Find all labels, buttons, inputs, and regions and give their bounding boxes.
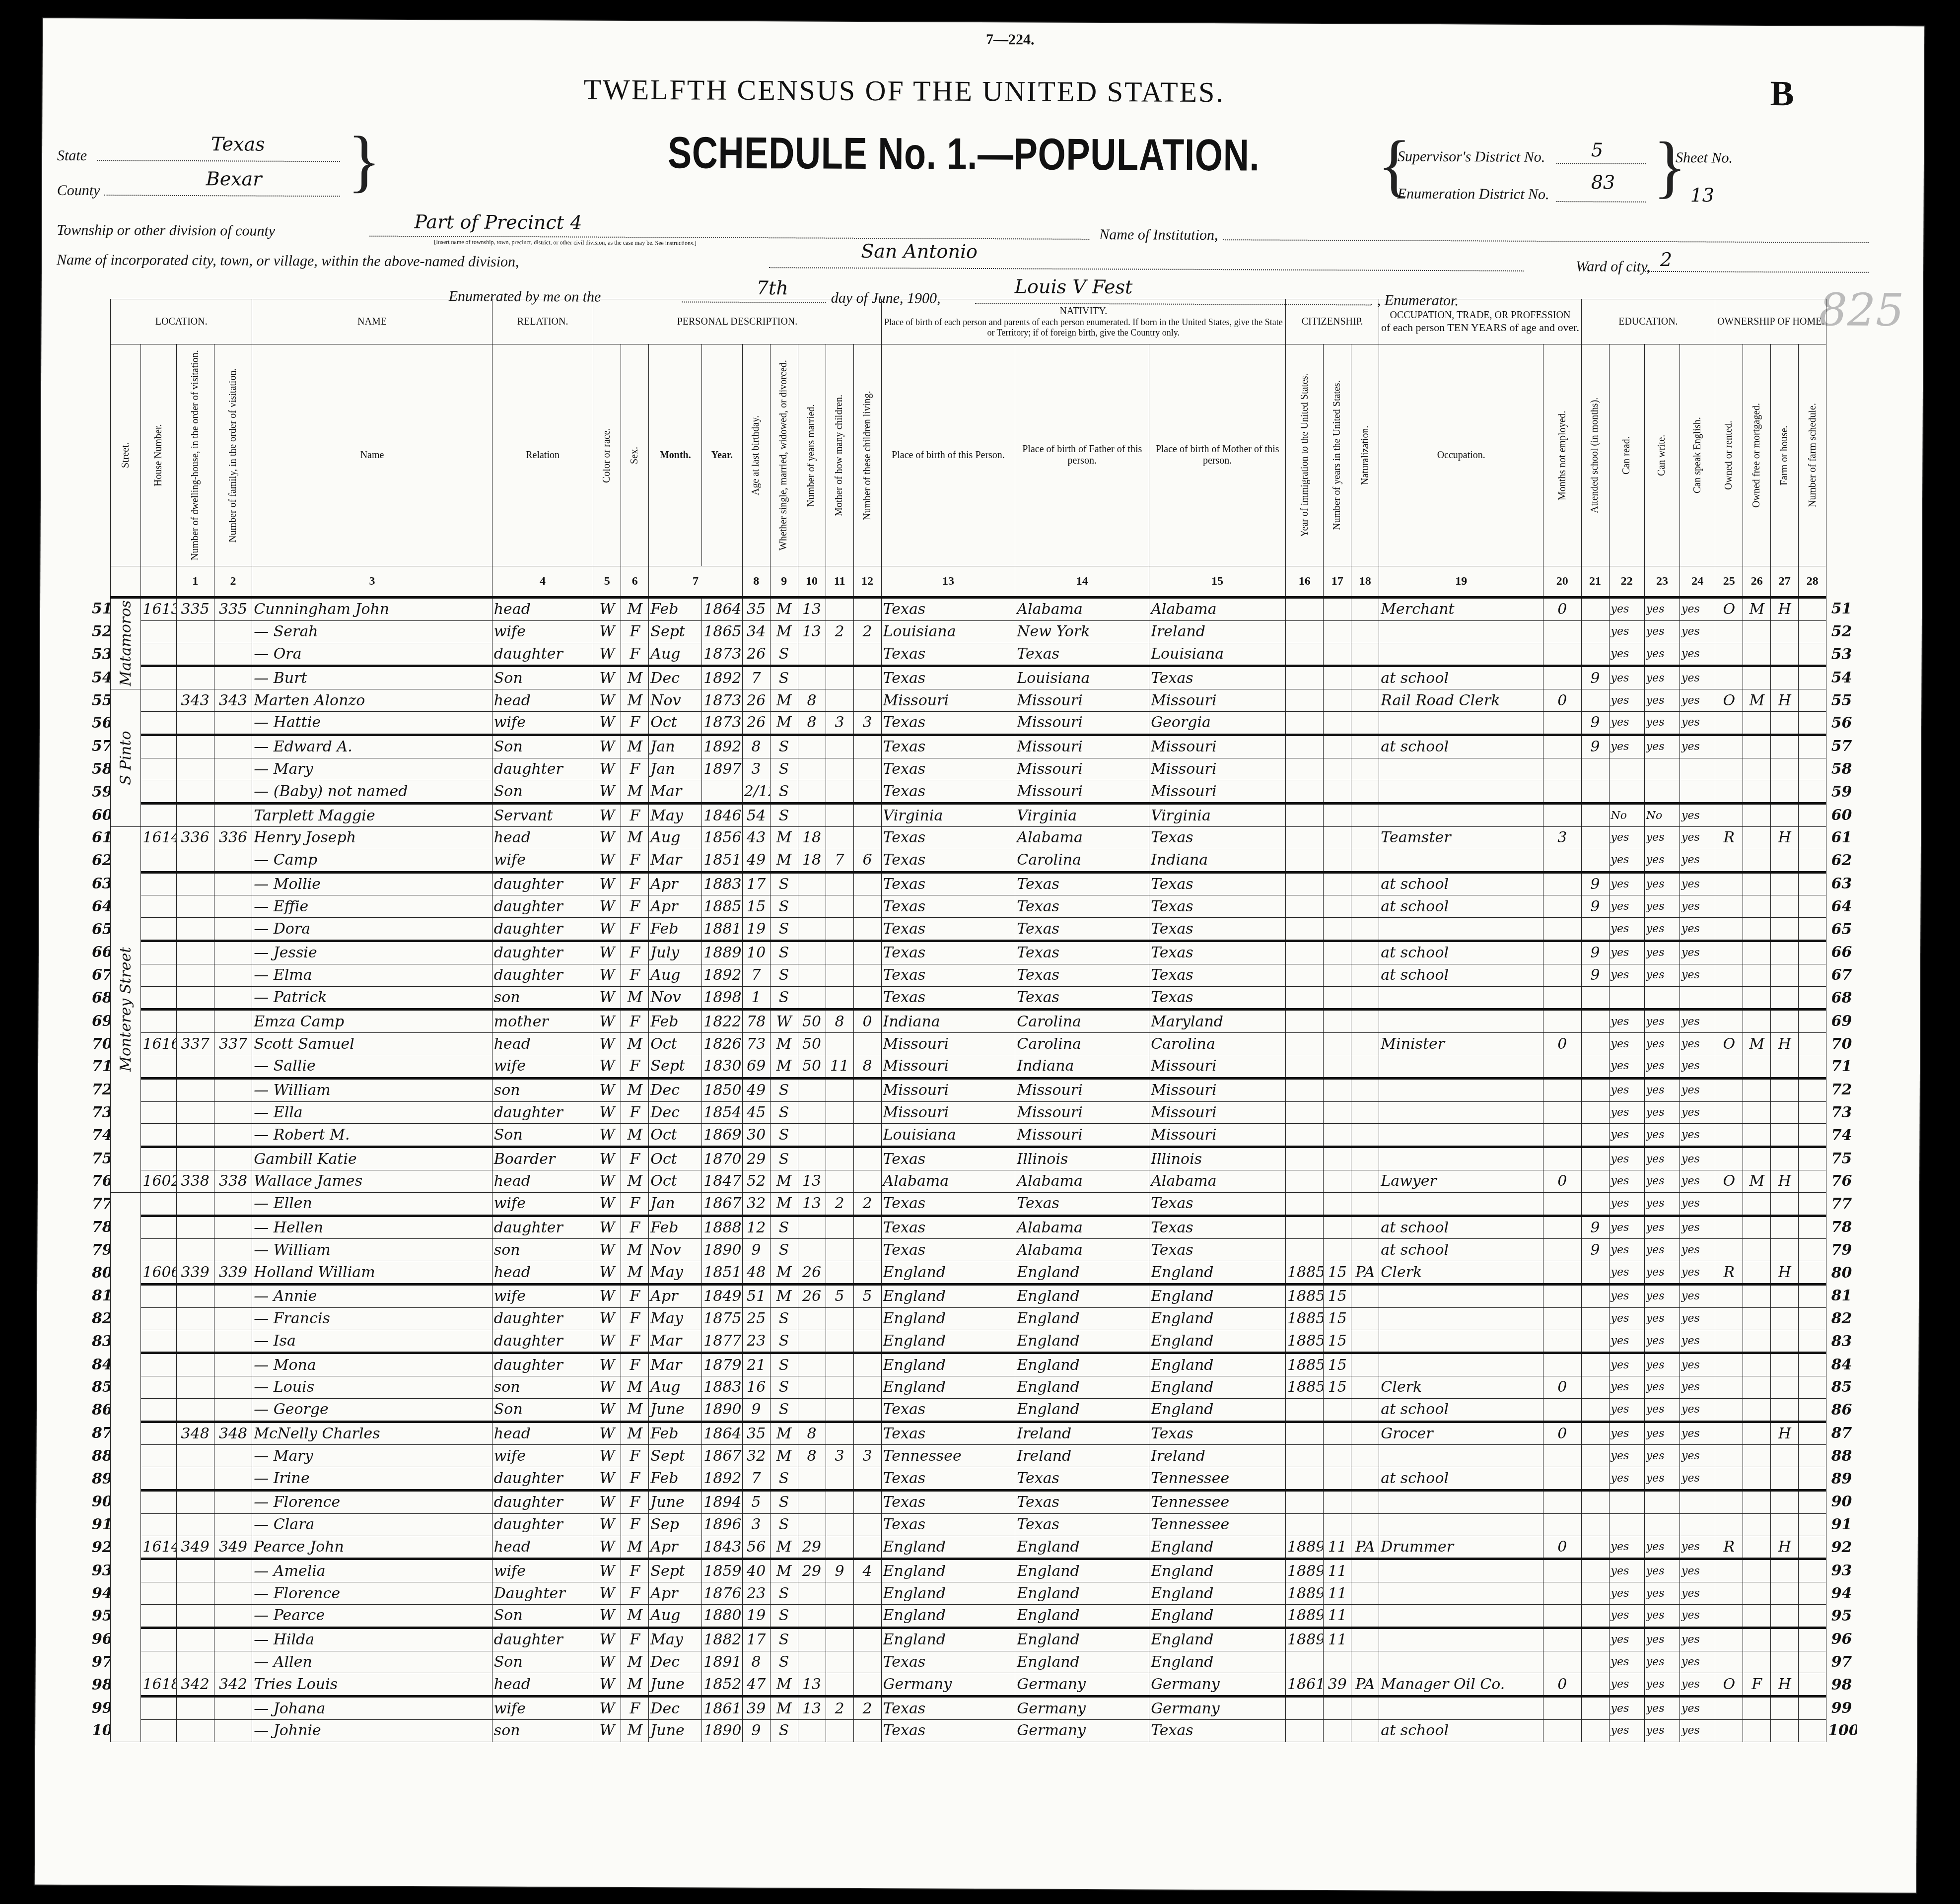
cell-yrs: 15	[1324, 1261, 1351, 1285]
cell-age: 23	[742, 1582, 770, 1605]
cell-fh	[1771, 1491, 1799, 1514]
cell-eng: yes	[1680, 1651, 1715, 1673]
cell-month: Mar	[649, 849, 702, 872]
cell-ym: 26	[798, 1261, 826, 1285]
cell-name: — Isa	[252, 1330, 492, 1353]
cell-fh	[1771, 1398, 1799, 1422]
cell-yrs: 15	[1324, 1284, 1351, 1307]
cell-ym	[798, 895, 826, 918]
cell-fpob: Alabama	[1015, 598, 1149, 621]
cell-rel: daughter	[492, 1491, 593, 1514]
cell-yrs	[1324, 872, 1351, 895]
cell-rel: son	[492, 1078, 593, 1101]
line-number: 97	[90, 1651, 111, 1673]
cell-farm	[1799, 1445, 1826, 1467]
cell-race: W	[593, 1536, 621, 1559]
cell-dwelling	[176, 1491, 214, 1514]
cell-mne: 0	[1543, 1376, 1581, 1399]
census-row: 73— ElladaughterWFDec185445SMissouriMiss…	[90, 1101, 1857, 1124]
cell-family	[214, 895, 252, 918]
line-number-right: 53	[1826, 643, 1857, 666]
cell-read: yes	[1609, 1055, 1644, 1078]
cell-farm	[1799, 1628, 1826, 1651]
cell-ym	[798, 804, 826, 827]
cell-imm	[1286, 872, 1324, 895]
cell-nat	[1351, 1467, 1379, 1491]
cell-write: yes	[1644, 895, 1680, 918]
cell-occ	[1379, 1284, 1543, 1307]
cell-sex: F	[621, 1147, 649, 1170]
cell-dwelling: 348	[176, 1422, 214, 1445]
cell-cl: 3	[853, 1445, 881, 1467]
sheet-letter: B	[1770, 73, 1794, 114]
cell-own	[1715, 643, 1743, 666]
cell-age: 48	[742, 1261, 770, 1285]
line-number-right: 57	[1826, 735, 1857, 758]
cell-read: yes	[1609, 1376, 1644, 1399]
cell-yrs	[1324, 964, 1351, 986]
cell-yrs	[1324, 598, 1351, 621]
cell-house	[141, 1720, 176, 1742]
cell-school: 9	[1581, 872, 1609, 895]
cell-mort	[1743, 1582, 1771, 1605]
cell-house	[141, 941, 176, 964]
cell-month: Sept	[649, 1445, 702, 1467]
cell-write: yes	[1644, 1467, 1680, 1491]
cell-eng: yes	[1680, 1445, 1715, 1467]
cell-family	[214, 1651, 252, 1673]
column-number: 26	[1743, 566, 1771, 598]
cell-write: yes	[1644, 872, 1680, 895]
cell-nat	[1351, 1697, 1379, 1720]
cell-mc	[826, 804, 853, 827]
cell-ym	[798, 872, 826, 895]
census-row: 65— DoradaughterWFFeb188119STexasTexasTe…	[90, 918, 1857, 941]
census-row: 94— FlorenceDaughterWFApr187623SEnglandE…	[90, 1582, 1857, 1605]
cell-mne	[1543, 1101, 1581, 1124]
cell-fpob: Alabama	[1015, 1239, 1149, 1261]
cell-mc	[826, 643, 853, 666]
cell-family	[214, 1192, 252, 1216]
cell-eng: yes	[1680, 1216, 1715, 1239]
cell-name: — William	[252, 1078, 492, 1101]
cell-mne	[1543, 1582, 1581, 1605]
supervisor-value: 5	[1591, 139, 1603, 161]
cell-race: W	[593, 780, 621, 804]
cell-mc	[826, 872, 853, 895]
column-header-24: Can speak English.	[1680, 344, 1715, 566]
cell-read: yes	[1609, 826, 1644, 849]
cell-house	[141, 1124, 176, 1147]
cell-dwelling	[176, 918, 214, 941]
cell-fh: H	[1771, 598, 1799, 621]
cell-month: Sep	[649, 1513, 702, 1536]
cell-mpob: England	[1149, 1582, 1286, 1605]
cell-yrs: 11	[1324, 1536, 1351, 1559]
cell-year: 1883	[702, 1376, 742, 1399]
schedule-title: SCHEDULE No. 1.—POPULATION.	[668, 128, 1260, 181]
cell-year: 1873	[702, 689, 742, 712]
cell-rel: wife	[492, 711, 593, 735]
cell-mort	[1743, 735, 1771, 758]
cell-year: 1846	[702, 804, 742, 827]
cell-pob: Texas	[881, 598, 1015, 621]
cell-yrs	[1324, 1101, 1351, 1124]
cell-mort	[1743, 941, 1771, 964]
cell-mpob: Missouri	[1149, 1124, 1286, 1147]
cell-fpob: Texas	[1015, 986, 1149, 1010]
cell-pob: Louisiana	[881, 620, 1015, 643]
cell-year: 1867	[702, 1192, 742, 1216]
cell-nat	[1351, 895, 1379, 918]
cell-family: 349	[214, 1536, 252, 1559]
cell-farm	[1799, 1216, 1826, 1239]
line-number: 90	[90, 1491, 111, 1514]
cell-name: — Sallie	[252, 1055, 492, 1078]
cell-sex: F	[621, 1513, 649, 1536]
cell-mne	[1543, 758, 1581, 780]
cell-sex: M	[621, 1536, 649, 1559]
cell-sex: M	[621, 1398, 649, 1422]
cell-fpob: Carolina	[1015, 1010, 1149, 1033]
cell-rel: Boarder	[492, 1147, 593, 1170]
cell-pob: England	[881, 1559, 1015, 1582]
cell-mpob: Texas	[1149, 1239, 1286, 1261]
cell-year: 1881	[702, 918, 742, 941]
cell-yrs: 11	[1324, 1582, 1351, 1605]
cell-mc	[826, 1147, 853, 1170]
cell-family: 343	[214, 689, 252, 712]
cell-school: 9	[1581, 941, 1609, 964]
line-number: 70	[90, 1033, 111, 1055]
column-header-25: Owned or rented.	[1715, 344, 1743, 566]
census-title: TWELFTH CENSUS OF THE UNITED STATES.	[583, 73, 1225, 109]
cell-farm	[1799, 1536, 1826, 1559]
cell-nat	[1351, 826, 1379, 849]
cell-fpob: England	[1015, 1628, 1149, 1651]
cell-month: Apr	[649, 872, 702, 895]
cell-farm	[1799, 1559, 1826, 1582]
cell-name: — Burt	[252, 666, 492, 689]
cell-race: W	[593, 1170, 621, 1192]
group-relation: RELATION.	[492, 299, 593, 344]
cell-house: 1606	[141, 1261, 176, 1285]
cell-mpob: England	[1149, 1307, 1286, 1330]
cell-age: 29	[742, 1147, 770, 1170]
cell-farm	[1799, 1491, 1826, 1514]
cell-write: yes	[1644, 1124, 1680, 1147]
cell-ym: 8	[798, 1445, 826, 1467]
cell-mort	[1743, 1078, 1771, 1101]
column-number: 6	[621, 566, 649, 598]
cell-own	[1715, 1330, 1743, 1353]
cell-name: — William	[252, 1239, 492, 1261]
cell-fpob: Illinois	[1015, 1147, 1149, 1170]
cell-own	[1715, 895, 1743, 918]
cell-imm	[1286, 1720, 1324, 1742]
cell-write: No	[1644, 804, 1680, 827]
cell-rel: daughter	[492, 758, 593, 780]
cell-ym: 13	[798, 1192, 826, 1216]
cell-mc	[826, 1101, 853, 1124]
cell-fpob: Alabama	[1015, 826, 1149, 849]
cell-sex: F	[621, 1101, 649, 1124]
line-number-right: 95	[1826, 1605, 1857, 1628]
cell-school	[1581, 1491, 1609, 1514]
cell-own	[1715, 941, 1743, 964]
cell-farm	[1799, 1010, 1826, 1033]
cell-dwelling: 335	[176, 598, 214, 621]
cell-own	[1715, 964, 1743, 986]
cell-cl	[853, 643, 881, 666]
cell-mne	[1543, 711, 1581, 735]
line-number: 51	[90, 598, 111, 621]
cell-mort	[1743, 1192, 1771, 1216]
cell-race: W	[593, 1582, 621, 1605]
cell-name: — Clara	[252, 1513, 492, 1536]
line-number-right: 64	[1826, 895, 1857, 918]
cell-marital: S	[770, 941, 798, 964]
line-number: 87	[90, 1422, 111, 1445]
cell-age: 69	[742, 1055, 770, 1078]
column-number: 10	[798, 566, 826, 598]
cell-dwelling	[176, 758, 214, 780]
cell-dwelling	[176, 1307, 214, 1330]
cell-write: yes	[1644, 1628, 1680, 1651]
cell-farm	[1799, 1605, 1826, 1628]
cell-mpob: Georgia	[1149, 711, 1286, 735]
cell-nat	[1351, 1078, 1379, 1101]
cell-mne	[1543, 1010, 1581, 1033]
cell-house	[141, 1422, 176, 1445]
cell-mc: 11	[826, 1055, 853, 1078]
cell-read: yes	[1609, 1445, 1644, 1467]
cell-fh	[1771, 1284, 1799, 1307]
cell-dwelling	[176, 1559, 214, 1582]
line-number: 57	[90, 735, 111, 758]
line-number-right: 85	[1826, 1376, 1857, 1399]
cell-race: W	[593, 1033, 621, 1055]
cell-pob: Missouri	[881, 1033, 1015, 1055]
cell-year: 1859	[702, 1559, 742, 1582]
cell-house	[141, 711, 176, 735]
cell-race: W	[593, 1422, 621, 1445]
census-row: 921614349349Pearce JohnheadWMApr184356M2…	[90, 1536, 1857, 1559]
cell-mpob: Indiana	[1149, 849, 1286, 872]
cell-cl	[853, 941, 881, 964]
cell-farm	[1799, 964, 1826, 986]
cell-write: yes	[1644, 735, 1680, 758]
column-header-14: Place of birth of Father of this person.	[1015, 344, 1149, 566]
cell-sex: M	[621, 735, 649, 758]
cell-mpob: Tennessee	[1149, 1467, 1286, 1491]
line-number-right: 71	[1826, 1055, 1857, 1078]
census-row: 85— LouissonWMAug188316SEnglandEnglandEn…	[90, 1376, 1857, 1399]
census-row: 62— CampwifeWFMar185149M1876TexasCarolin…	[90, 849, 1857, 872]
cell-race: W	[593, 1353, 621, 1376]
cell-race: W	[593, 1239, 621, 1261]
cell-marital: S	[770, 758, 798, 780]
group-personal-description: PERSONAL DESCRIPTION.	[593, 299, 881, 344]
cell-year: 1877	[702, 1330, 742, 1353]
cell-rel: wife	[492, 620, 593, 643]
cell-house	[141, 1055, 176, 1078]
cell-ym	[798, 1353, 826, 1376]
cell-mne	[1543, 620, 1581, 643]
cell-imm: 1885	[1286, 1376, 1324, 1399]
cell-mpob: England	[1149, 1605, 1286, 1628]
cell-imm	[1286, 1239, 1324, 1261]
cell-fpob: Missouri	[1015, 780, 1149, 804]
cell-read: yes	[1609, 1651, 1644, 1673]
cell-month: Aug	[649, 1605, 702, 1628]
cell-school	[1581, 849, 1609, 872]
cell-marital: S	[770, 895, 798, 918]
cell-mne	[1543, 1284, 1581, 1307]
column-header-7-year: Year.	[702, 344, 742, 566]
cell-cl	[853, 666, 881, 689]
cell-read: yes	[1609, 1124, 1644, 1147]
cell-pob: Texas	[881, 711, 1015, 735]
cell-fpob: England	[1015, 1307, 1149, 1330]
cell-house	[141, 780, 176, 804]
cell-mc	[826, 1261, 853, 1285]
cell-sex: F	[621, 1010, 649, 1033]
cell-occ: at school	[1379, 1216, 1543, 1239]
cell-school	[1581, 1147, 1609, 1170]
cell-fpob: Missouri	[1015, 1101, 1149, 1124]
cell-year: 1869	[702, 1124, 742, 1147]
cell-marital: M	[770, 620, 798, 643]
cell-yrs	[1324, 986, 1351, 1010]
cell-mc	[826, 1422, 853, 1445]
cell-imm	[1286, 1147, 1324, 1170]
cell-mc	[826, 780, 853, 804]
cell-mpob: Texas	[1149, 826, 1286, 849]
cell-name: Pearce John	[252, 1536, 492, 1559]
cell-farm	[1799, 872, 1826, 895]
cell-age: 35	[742, 598, 770, 621]
cell-dwelling	[176, 1376, 214, 1399]
cell-marital: S	[770, 1330, 798, 1353]
cell-rel: daughter	[492, 1330, 593, 1353]
cell-read: yes	[1609, 711, 1644, 735]
cell-nat	[1351, 643, 1379, 666]
cell-mc	[826, 1124, 853, 1147]
cell-dwelling	[176, 735, 214, 758]
cell-nat	[1351, 1055, 1379, 1078]
cell-rel: Son	[492, 1605, 593, 1628]
column-number: 8	[742, 566, 770, 598]
cell-pob: England	[881, 1582, 1015, 1605]
cell-farm	[1799, 986, 1826, 1010]
cell-occ	[1379, 780, 1543, 804]
cell-family	[214, 1078, 252, 1101]
cell-school	[1581, 1445, 1609, 1467]
line-number: 53	[90, 643, 111, 666]
cell-name: — Dora	[252, 918, 492, 941]
cell-dwelling	[176, 872, 214, 895]
census-row: 53— OradaughterWFAug187326STexasTexasLou…	[90, 643, 1857, 666]
cell-name: — Elma	[252, 964, 492, 986]
cell-race: W	[593, 1398, 621, 1422]
cell-nat	[1351, 1284, 1379, 1307]
cell-dwelling	[176, 1216, 214, 1239]
cell-own: O	[1715, 598, 1743, 621]
cell-dwelling: 337	[176, 1033, 214, 1055]
cell-sex: F	[621, 1628, 649, 1651]
line-number-right: 58	[1826, 758, 1857, 780]
line-number-right: 77	[1826, 1192, 1857, 1216]
cell-mpob: Louisiana	[1149, 643, 1286, 666]
cell-family	[214, 758, 252, 780]
line-number: 100	[90, 1720, 111, 1742]
cell-imm: 1885	[1286, 1353, 1324, 1376]
cell-family	[214, 1147, 252, 1170]
cell-cl	[853, 1398, 881, 1422]
column-header-4: Relation	[492, 344, 593, 566]
cell-pob: Missouri	[881, 689, 1015, 712]
cell-mne: 0	[1543, 1170, 1581, 1192]
cell-pob: Virginia	[881, 804, 1015, 827]
cell-month: Aug	[649, 964, 702, 986]
cell-rel: daughter	[492, 643, 593, 666]
cell-year: 1843	[702, 1536, 742, 1559]
sheet-brace: }	[1653, 132, 1687, 202]
cell-eng: yes	[1680, 1422, 1715, 1445]
cell-year: 1856	[702, 826, 742, 849]
cell-name: — Effie	[252, 895, 492, 918]
cell-sex: F	[621, 964, 649, 986]
cell-sex: F	[621, 1330, 649, 1353]
cell-mort: M	[1743, 598, 1771, 621]
cell-sex: F	[621, 895, 649, 918]
cell-ym	[798, 941, 826, 964]
column-header-house-number-: House Number.	[141, 344, 176, 566]
cell-age: 26	[742, 643, 770, 666]
cell-mpob: Texas	[1149, 986, 1286, 1010]
line-number-right: 82	[1826, 1307, 1857, 1330]
line-number: 89	[90, 1467, 111, 1491]
census-row: 83— IsadaughterWFMar187723SEnglandEnglan…	[90, 1330, 1857, 1353]
cell-year: 1890	[702, 1398, 742, 1422]
cell-house	[141, 1284, 176, 1307]
line-number-right: 63	[1826, 872, 1857, 895]
cell-house	[141, 872, 176, 895]
cell-eng	[1680, 1491, 1715, 1514]
cell-occ	[1379, 1124, 1543, 1147]
cell-family: 342	[214, 1673, 252, 1697]
cell-yrs	[1324, 895, 1351, 918]
cell-marital: S	[770, 804, 798, 827]
cell-sex: M	[621, 1170, 649, 1192]
cell-mort	[1743, 1010, 1771, 1033]
cell-ym	[798, 1147, 826, 1170]
line-number: 99	[90, 1697, 111, 1720]
cell-rel: wife	[492, 849, 593, 872]
street-name: S Pinto	[111, 689, 141, 827]
cell-school	[1581, 598, 1609, 621]
cell-imm: 1889	[1286, 1582, 1324, 1605]
cell-dwelling	[176, 1239, 214, 1261]
cell-eng: yes	[1680, 1147, 1715, 1170]
cell-write: yes	[1644, 1078, 1680, 1101]
cell-ym	[798, 1330, 826, 1353]
cell-mpob: Texas	[1149, 918, 1286, 941]
cell-mpob: Texas	[1149, 941, 1286, 964]
cell-year: 1882	[702, 1628, 742, 1651]
cell-yrs: 11	[1324, 1559, 1351, 1582]
